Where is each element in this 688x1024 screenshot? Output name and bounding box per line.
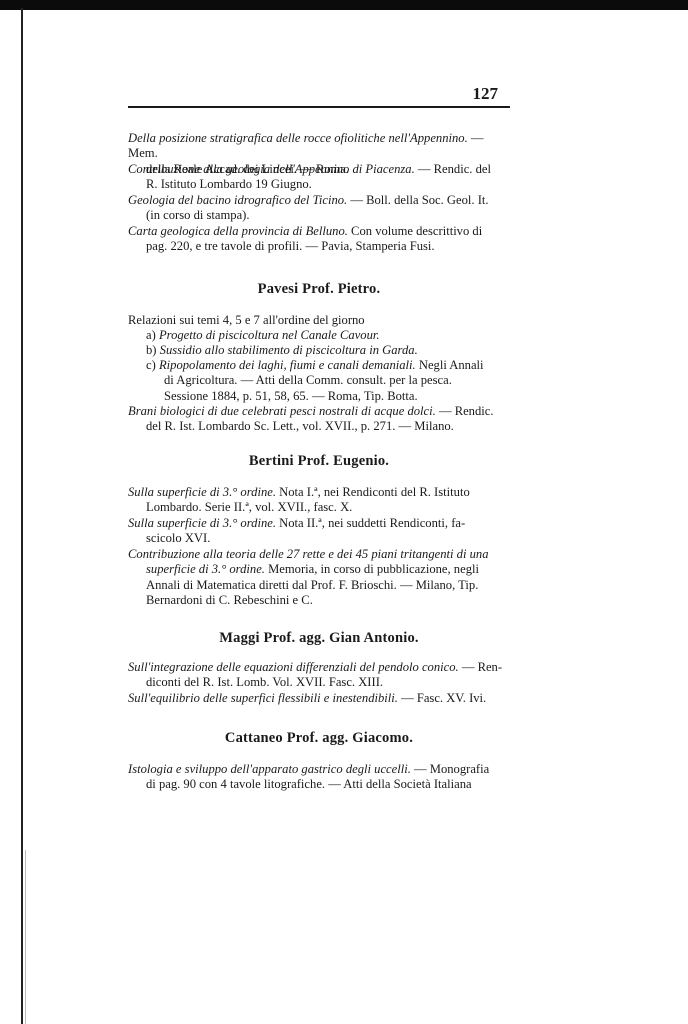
bibliography-entry: Geologia del bacino idrografico del Tici…: [128, 193, 516, 224]
scan-binding-edge: [21, 8, 23, 1024]
bibliography-entry: Contribuzione alla teoria delle 27 rette…: [128, 547, 516, 609]
author-heading: Maggi Prof. agg. Gian Antonio.: [128, 630, 510, 647]
subitem: c) Ripopolamento dei laghi, fiumi e cana…: [146, 358, 526, 404]
bibliography-entry: Brani biologici di due celebrati pesci n…: [128, 404, 516, 435]
scan-binding-edge-faint: [25, 850, 26, 1024]
subitem: b) Sussidio allo stabilimento di piscico…: [146, 343, 526, 358]
bibliography-entry: Sulla superficie di 3.° ordine. Nota II.…: [128, 516, 516, 547]
scan-top-border: [0, 0, 688, 10]
bibliography-entry: Sull'integrazione delle equazioni differ…: [128, 660, 516, 691]
bibliography-entry: Sull'equilibrio delle superfici flessibi…: [128, 691, 516, 706]
intro-line: Relazioni sui temi 4, 5 e 7 all'ordine d…: [128, 313, 516, 328]
page-number: 127: [468, 84, 498, 104]
bibliography-entry: Contribuzione alla geologia dell'Appenni…: [128, 162, 516, 193]
subitem: a) Progetto di piscicoltura nel Canale C…: [146, 328, 526, 343]
bibliography-entry: Sulla superficie di 3.° ordine. Nota I.ª…: [128, 485, 516, 516]
bibliography-entry: Istologia e sviluppo dell'apparato gastr…: [128, 762, 516, 793]
author-heading: Pavesi Prof. Pietro.: [128, 281, 510, 298]
header-rule: [128, 106, 510, 108]
bibliography-entry: Carta geologica della provincia di Bellu…: [128, 224, 516, 255]
author-heading: Bertini Prof. Eugenio.: [128, 453, 510, 470]
author-heading: Cattaneo Prof. agg. Giacomo.: [128, 730, 510, 747]
